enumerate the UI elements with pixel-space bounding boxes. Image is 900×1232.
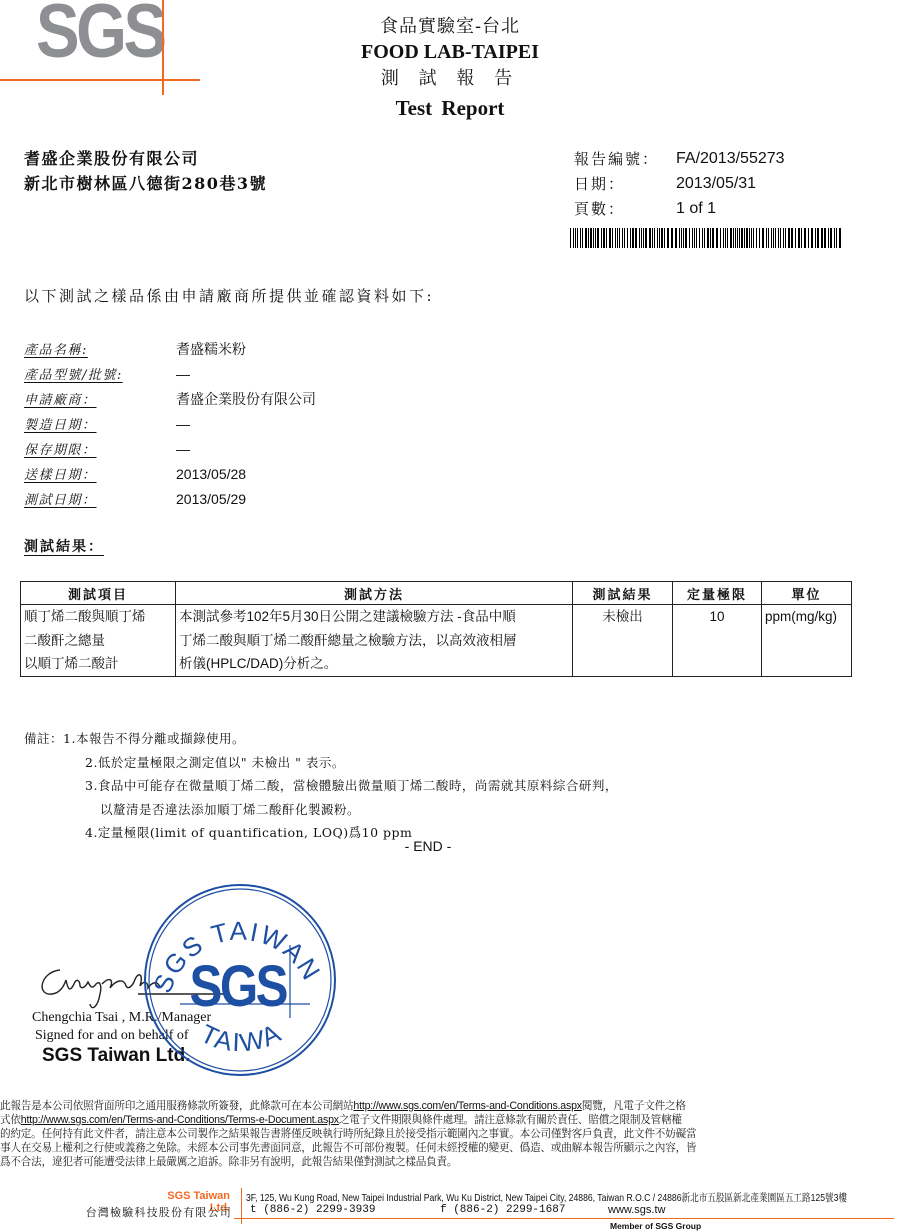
- results-heading: 測試結果：: [24, 536, 104, 556]
- report-title-en: Test Report: [300, 98, 600, 119]
- note-3: 3.食品中可能存在微量順丁烯二酸，當檢體驗出微量順丁烯二酸時，尚需就其原料綜合研…: [24, 774, 618, 798]
- client-name: 耆盛企業股份有限公司: [24, 146, 267, 171]
- info-label: 製造日期：: [24, 414, 176, 433]
- report-pages: 1 of 1: [676, 200, 716, 218]
- report-number: FA/2013/55273: [676, 150, 785, 168]
- info-value: —: [176, 441, 190, 457]
- intro-text: 以下測試之樣品係由申請廠商所提供並確認資料如下:: [24, 285, 434, 306]
- info-row: 申請廠商：耆盛企業股份有限公司: [24, 386, 316, 411]
- table-header-row: 測試項目 測試方法 測試結果 定量極限 單位: [21, 582, 852, 605]
- terms-link[interactable]: http://www.sgs.com/en/Terms-and-Conditio…: [353, 1100, 581, 1112]
- table-row: 順丁烯二酸與順丁烯 二酸酐之總量 以順丁烯二酸計 本測試參考102年5月30日公…: [21, 605, 852, 677]
- info-value: —: [176, 366, 190, 382]
- report-title-cn: 測 試 報 告: [300, 70, 600, 98]
- report-pages-label: 頁數：: [574, 198, 676, 219]
- info-label: 申請廠商：: [24, 389, 176, 408]
- footer-divider-horizontal: [234, 1218, 894, 1219]
- info-label: 產品名稱:: [24, 339, 176, 358]
- lab-title-en: FOOD LAB-TAIPEI: [300, 42, 600, 70]
- footer-company-cn: 台灣檢驗科技股份有限公司: [82, 1204, 232, 1220]
- info-label: 測試日期：: [24, 489, 176, 508]
- info-label: 送樣日期：: [24, 464, 176, 483]
- client-block: 耆盛企業股份有限公司 新北市樹林區八德街280巷3號: [24, 146, 267, 196]
- terms-e-document-link[interactable]: http://www.sgs.com/en/Terms-and-Conditio…: [21, 1114, 339, 1126]
- info-row: 保存期限：—: [24, 436, 316, 461]
- report-number-label: 報告編號：: [574, 148, 676, 169]
- cell-loq: 10: [673, 605, 762, 677]
- results-table: 測試項目 測試方法 測試結果 定量極限 單位 順丁烯二酸與順丁烯 二酸酐之總量 …: [20, 581, 852, 677]
- cell-method: 本測試參考102年5月30日公開之建議檢驗方法 -食品中順 丁烯二酸與順丁烯二酸…: [176, 605, 573, 677]
- note-4: 4.定量極限(limit of quantification, LOQ)爲10 …: [24, 821, 618, 845]
- lab-title-cn: 食品實驗室-台北: [300, 18, 600, 42]
- report-date: 2013/05/31: [676, 175, 756, 193]
- report-title-block: 食品實驗室-台北 FOOD LAB-TAIPEI 測 試 報 告 Test Re…: [300, 18, 600, 119]
- report-date-row: 日期： 2013/05/31: [574, 171, 785, 196]
- footer-phone: t (886-2) 2299-3939: [250, 1204, 375, 1216]
- col-header-unit: 單位: [762, 582, 852, 605]
- footer-website[interactable]: www.sgs.tw: [608, 1204, 665, 1216]
- footer-address: 3F, 125, Wu Kung Road, New Taipei Indust…: [246, 1190, 847, 1205]
- notes-block: 備註：1.本報告不得分離或擷錄使用。 2.低於定量極限之測定值以" 未檢出 " …: [24, 727, 618, 845]
- logo-horizontal-line: [0, 79, 200, 81]
- cell-unit: ppm(mg/kg): [762, 605, 852, 677]
- client-address: 新北市樹林區八德街280巷3號: [24, 171, 267, 196]
- note-2: 2.低於定量極限之測定值以" 未檢出 " 表示。: [24, 751, 618, 775]
- end-marker: - END -: [378, 838, 478, 854]
- note-1: 備註：1.本報告不得分離或擷錄使用。: [24, 727, 618, 751]
- barcode-icon: [570, 228, 842, 248]
- report-number-row: 報告編號： FA/2013/55273: [574, 146, 785, 171]
- svg-text:SGS: SGS: [190, 954, 287, 1019]
- info-value: 2013/05/29: [176, 491, 246, 507]
- info-row: 測試日期：2013/05/29: [24, 486, 316, 511]
- info-row: 製造日期：—: [24, 411, 316, 436]
- company-stamp-icon: SGS TAIWAN LTD TAIWAN SGS: [140, 880, 340, 1080]
- logo-vertical-line: [162, 0, 164, 95]
- col-header-loq: 定量極限: [673, 582, 762, 605]
- note-3-cont: 以釐清是否違法添加順丁烯二酸酐化製澱粉。: [24, 798, 618, 822]
- info-value: 耆盛糯米粉: [176, 339, 246, 359]
- legal-disclaimer: 此報告是本公司依照背面所印之通用服務條款所簽發，此條款可在本公司網站http:/…: [0, 1099, 900, 1169]
- info-label: 保存期限：: [24, 439, 176, 458]
- cell-result: 未檢出: [573, 605, 673, 677]
- report-meta: 報告編號： FA/2013/55273 日期： 2013/05/31 頁數： 1…: [574, 146, 785, 221]
- info-row: 產品名稱:耆盛糯米粉: [24, 336, 316, 361]
- col-header-item: 測試項目: [21, 582, 176, 605]
- info-label: 產品型號/批號:: [24, 364, 176, 383]
- footer-member: Member of SGS Group: [610, 1221, 701, 1231]
- info-value: —: [176, 416, 190, 432]
- sgs-logo: SGS: [36, 0, 164, 70]
- info-value: 2013/05/28: [176, 466, 246, 482]
- cell-item: 順丁烯二酸與順丁烯 二酸酐之總量 以順丁烯二酸計: [21, 605, 176, 677]
- sample-info-list: 產品名稱:耆盛糯米粉產品型號/批號:—申請廠商：耆盛企業股份有限公司製造日期：—…: [24, 336, 316, 511]
- report-pages-row: 頁數： 1 of 1: [574, 196, 785, 221]
- report-date-label: 日期：: [574, 173, 676, 194]
- info-row: 產品型號/批號:—: [24, 361, 316, 386]
- info-value: 耆盛企業股份有限公司: [176, 389, 316, 409]
- info-row: 送樣日期：2013/05/28: [24, 461, 316, 486]
- col-header-result: 測試結果: [573, 582, 673, 605]
- col-header-method: 測試方法: [176, 582, 573, 605]
- footer-fax: f (886-2) 2299-1687: [440, 1204, 565, 1216]
